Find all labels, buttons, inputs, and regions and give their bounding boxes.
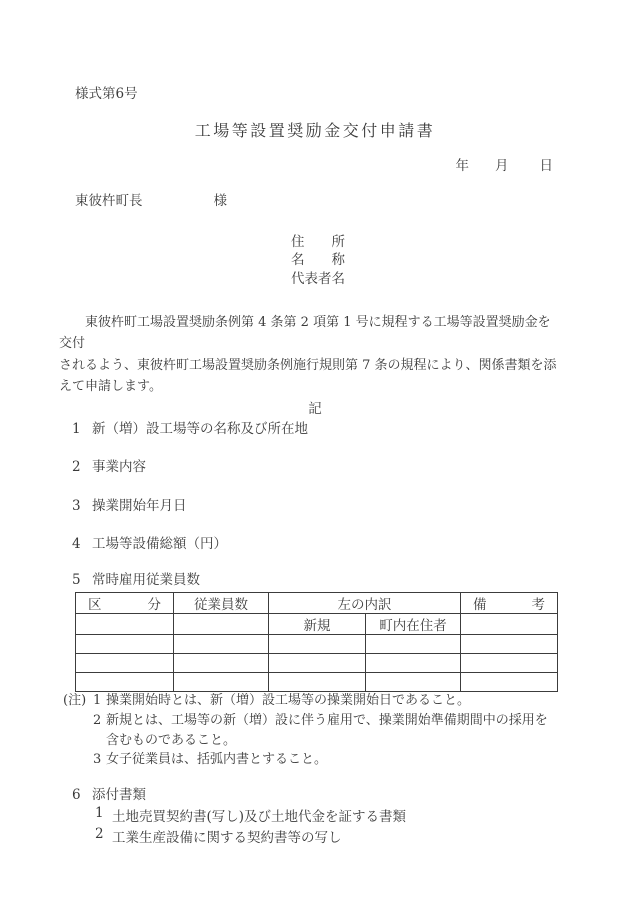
table-subheader-row: 新規 町内在住者 bbox=[76, 614, 558, 635]
attachment-2-label: 工業生産設備に関する契約書等の写し bbox=[112, 826, 342, 846]
empty-cell bbox=[269, 635, 366, 654]
note-3-number: 3 bbox=[93, 750, 106, 770]
attachment-1-label: 土地売買契約書(写し)及び土地代金を証する書類 bbox=[112, 805, 406, 825]
month-label: 月 bbox=[495, 158, 509, 174]
item-4-number: 4 bbox=[72, 535, 92, 553]
note-2-text-line-1: 新規とは、工場等の新（増）設に伴う雇用で、操業開始準備期間中の採用を bbox=[106, 711, 548, 731]
empty-cell bbox=[461, 654, 558, 673]
note-1-number: 1 bbox=[93, 691, 106, 711]
item-1-label: 新（増）設工場等の名称及び所在地 bbox=[92, 420, 308, 438]
note-2-number: 2 bbox=[93, 711, 106, 731]
col-new: 新規 bbox=[269, 614, 366, 635]
list-item-6: 6 添付書類 bbox=[72, 786, 146, 804]
date-line: 年月日 bbox=[75, 157, 557, 175]
col-category: 区分 bbox=[76, 593, 174, 614]
application-statement: 東彼杵町工場設置奨励条例第 4 条第 2 項第 1 号に規程する工場等設置奨励金… bbox=[59, 312, 559, 398]
empty-cell bbox=[76, 673, 174, 692]
list-item-3: 3 操業開始年月日 bbox=[72, 497, 187, 515]
list-item-1: 1 新（増）設工場等の名称及び所在地 bbox=[72, 420, 308, 438]
item-3-label: 操業開始年月日 bbox=[92, 497, 187, 515]
empty-cell bbox=[461, 614, 558, 635]
empty-cell bbox=[366, 654, 461, 673]
item-6-label: 添付書類 bbox=[92, 786, 146, 804]
form-number: 様式第6号 bbox=[75, 85, 138, 103]
empty-cell bbox=[174, 635, 269, 654]
table-row bbox=[76, 654, 558, 673]
statement-line-3: えて申請します。 bbox=[59, 376, 559, 397]
empty-cell bbox=[461, 635, 558, 654]
attachment-2: 2 工業生産設備に関する契約書等の写し bbox=[95, 826, 342, 846]
record-heading: 記 bbox=[0, 400, 630, 418]
empty-cell bbox=[174, 654, 269, 673]
statement-line-2: されるよう、東彼杵町工場設置奨励条例施行規則第 7 条の規程により、関係書類を添 bbox=[59, 355, 559, 376]
note-1-text: 操業開始時とは、新（増）設工場等の操業開始日であること。 bbox=[106, 691, 470, 711]
item-5-number: 5 bbox=[72, 571, 92, 589]
col-remarks: 備考 bbox=[461, 593, 558, 614]
address-label: 住所 bbox=[291, 233, 345, 251]
addressee-name: 東彼杵町長 bbox=[75, 193, 143, 209]
note-2: 2 新規とは、工場等の新（増）設に伴う雇用で、操業開始準備期間中の採用を bbox=[63, 711, 548, 731]
empty-cell bbox=[174, 614, 269, 635]
notes-block: (注) 1 操業開始時とは、新（増）設工場等の操業開始日であること。 2 新規と… bbox=[63, 691, 548, 770]
attachment-1-number: 1 bbox=[95, 805, 112, 825]
empty-cell bbox=[76, 654, 174, 673]
list-item-4: 4 工場等設備総額（円） bbox=[72, 535, 227, 553]
table-row bbox=[76, 673, 558, 692]
day-label: 日 bbox=[540, 158, 554, 174]
item-6-number: 6 bbox=[72, 786, 92, 804]
list-item-5: 5 常時雇用従業員数 bbox=[72, 571, 200, 589]
empty-cell bbox=[461, 673, 558, 692]
empty-cell bbox=[366, 673, 461, 692]
note-3: 3 女子従業員は、括弧内書とすること。 bbox=[63, 750, 548, 770]
table-header-row: 区分 従業員数 左の内訳 備考 bbox=[76, 593, 558, 614]
empty-cell bbox=[269, 673, 366, 692]
document-title: 工場等設置奨励金交付申請書 bbox=[0, 118, 630, 141]
employee-table: 区分 従業員数 左の内訳 備考 新規 町内在住者 bbox=[75, 592, 558, 692]
list-item-2: 2 事業内容 bbox=[72, 458, 146, 476]
table-row bbox=[76, 635, 558, 654]
note-1: (注) 1 操業開始時とは、新（増）設工場等の操業開始日であること。 bbox=[63, 691, 548, 711]
note-2-text-line-2: 含むものであること。 bbox=[106, 731, 236, 751]
applicant-representative-row: 代表者名 bbox=[291, 270, 345, 288]
item-4-label: 工場等設備総額（円） bbox=[92, 535, 227, 553]
empty-cell bbox=[269, 654, 366, 673]
attachment-2-number: 2 bbox=[95, 826, 112, 846]
item-2-number: 2 bbox=[72, 458, 92, 476]
company-name-label: 名称 bbox=[291, 251, 345, 269]
applicant-name-row: 名称 bbox=[291, 251, 345, 269]
note-2-continuation: 含むものであること。 bbox=[63, 731, 548, 751]
attachment-1: 1 土地売買契約書(写し)及び土地代金を証する書類 bbox=[95, 805, 406, 825]
item-1-number: 1 bbox=[72, 420, 92, 438]
item-5-label: 常時雇用従業員数 bbox=[92, 571, 200, 589]
year-label: 年 bbox=[456, 158, 470, 174]
empty-cell bbox=[366, 635, 461, 654]
item-2-label: 事業内容 bbox=[92, 458, 146, 476]
statement-line-1: 東彼杵町工場設置奨励条例第 4 条第 2 項第 1 号に規程する工場等設置奨励金… bbox=[59, 312, 559, 355]
item-3-number: 3 bbox=[72, 497, 92, 515]
applicant-block: 住所 名称 代表者名 bbox=[291, 233, 345, 288]
empty-cell bbox=[76, 614, 174, 635]
addressee-line: 東彼杵町長様 bbox=[75, 192, 227, 210]
applicant-address-row: 住所 bbox=[291, 233, 345, 251]
col-town-resident: 町内在住者 bbox=[366, 614, 461, 635]
note-3-text: 女子従業員は、括弧内書とすること。 bbox=[106, 750, 327, 770]
addressee-honorific: 様 bbox=[214, 193, 228, 209]
col-employees: 従業員数 bbox=[174, 593, 269, 614]
empty-cell bbox=[76, 635, 174, 654]
representative-label: 代表者名 bbox=[291, 270, 345, 288]
application-form-page: 様式第6号 工場等設置奨励金交付申請書 年月日 東彼杵町長様 住所 名称 代表者… bbox=[0, 0, 630, 915]
empty-cell bbox=[174, 673, 269, 692]
col-breakdown: 左の内訳 bbox=[269, 593, 461, 614]
note-prefix: (注) bbox=[63, 691, 93, 711]
